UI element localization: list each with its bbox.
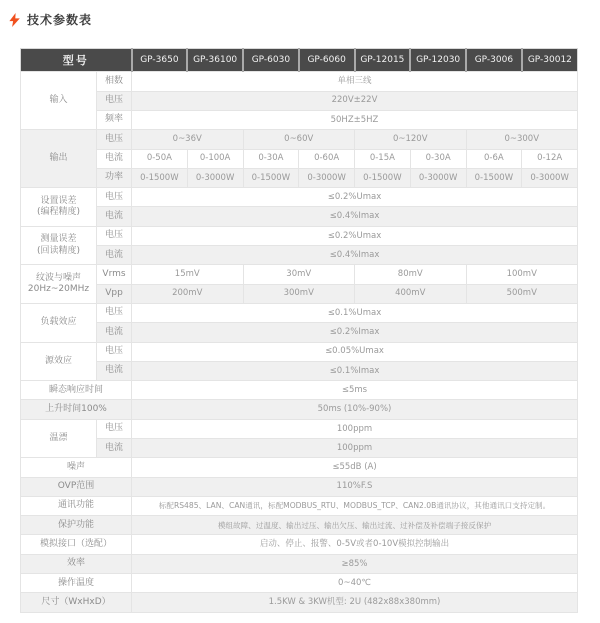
lightning-icon — [9, 13, 20, 27]
table-row: 电压220V±22V — [21, 91, 578, 110]
header-model: GP-6060 — [299, 49, 355, 72]
value-cell: ≤5ms — [132, 381, 578, 400]
group-label-cell: 源效应 — [21, 342, 97, 381]
table-row: 纹波与噪声 20Hz~20MHzVrms15mV30mV80mV100mV — [21, 265, 578, 284]
row-label-cell: 尺寸（WxHxD） — [21, 593, 132, 613]
sub-label-cell: 电流 — [97, 361, 132, 380]
table-row: 噪声≤55dB (A) — [21, 458, 578, 477]
value-cell: 100mV — [466, 265, 578, 284]
group-label-cell: 负载效应 — [21, 303, 97, 342]
value-cell: ≤0.2%Imax — [132, 323, 578, 342]
page-title: 技术参数表 — [27, 11, 92, 28]
value-cell: 0~36V — [132, 130, 244, 149]
value-cell: 50HZ±5HZ — [132, 110, 578, 129]
table-row: 操作温度0~40℃ — [21, 574, 578, 593]
value-cell: 220V±22V — [132, 91, 578, 110]
table-row: 电流≤0.1%Imax — [21, 361, 578, 380]
value-cell: ≤0.1%Umax — [132, 303, 578, 322]
table-row: 尺寸（WxHxD）1.5KW & 3KW机型: 2U (482x88x380mm… — [21, 593, 578, 613]
table-row: 上升时间100%50ms (10%-90%) — [21, 400, 578, 419]
table-row: 电流100ppm — [21, 439, 578, 458]
sub-label-cell: 电压 — [97, 419, 132, 438]
value-cell: ≤0.2%Umax — [132, 226, 578, 245]
header-model: GP-3650 — [132, 49, 188, 72]
table-row: 电流≤0.2%Imax — [21, 323, 578, 342]
value-cell: 0-3000W — [410, 168, 466, 187]
header-model: GP-6030 — [243, 49, 299, 72]
value-cell: 0-50A — [132, 149, 188, 168]
row-label-cell: 通讯功能 — [21, 496, 132, 515]
table-row: 通讯功能标配RS485、LAN、CAN通讯，标配MODBUS_RTU、MODBU… — [21, 496, 578, 515]
value-cell: 15mV — [132, 265, 244, 284]
value-cell: 0-1500W — [355, 168, 411, 187]
table-row: 电流≤0.4%Imax — [21, 246, 578, 265]
value-cell: 30mV — [243, 265, 355, 284]
table-row: Vpp200mV300mV400mV500mV — [21, 284, 578, 303]
group-label-cell: 纹波与噪声 20Hz~20MHz — [21, 265, 97, 304]
sub-label-cell: Vrms — [97, 265, 132, 284]
sub-label-cell: 频率 — [97, 110, 132, 129]
table-row: 负载效应电压≤0.1%Umax — [21, 303, 578, 322]
value-cell: ≤0.2%Umax — [132, 188, 578, 207]
value-cell: 标配RS485、LAN、CAN通讯，标配MODBUS_RTU、MODBUS_TC… — [132, 496, 578, 515]
value-cell: 0~120V — [355, 130, 467, 149]
sub-label-cell: 电流 — [97, 246, 132, 265]
table-row: 模拟接口（选配）启动、停止、报警、0-5V或者0-10V模拟控制输出 — [21, 535, 578, 554]
sub-label-cell: 电压 — [97, 303, 132, 322]
value-cell: 0~60V — [243, 130, 355, 149]
sub-label-cell: 电压 — [97, 226, 132, 245]
value-cell: 50ms (10%-90%) — [132, 400, 578, 419]
sub-label-cell: 电流 — [97, 207, 132, 226]
sub-label-cell: 相数 — [97, 72, 132, 91]
row-label-cell: 操作温度 — [21, 574, 132, 593]
group-label-cell: 温漂 — [21, 419, 97, 458]
value-cell: 0-30A — [243, 149, 299, 168]
table-row: 设置误差 (编程精度)电压≤0.2%Umax — [21, 188, 578, 207]
value-cell: 400mV — [355, 284, 467, 303]
value-cell: ≤0.4%Imax — [132, 207, 578, 226]
value-cell: 0-100A — [187, 149, 243, 168]
header-model: GP-12015 — [355, 49, 411, 72]
table-row: 保护功能模组故障、过温度、输出过压、输出欠压、输出过流、过补偿及补偿端子接反保护 — [21, 516, 578, 535]
value-cell: 0-3000W — [299, 168, 355, 187]
table-row: 瞬态响应时间≤5ms — [21, 381, 578, 400]
value-cell: 单相三线 — [132, 72, 578, 91]
value-cell: 模组故障、过温度、输出过压、输出欠压、输出过流、过补偿及补偿端子接反保护 — [132, 516, 578, 535]
value-cell: 200mV — [132, 284, 244, 303]
value-cell: 0-1500W — [466, 168, 522, 187]
row-label-cell: OVP范围 — [21, 477, 132, 496]
value-cell: ≤0.1%Imax — [132, 361, 578, 380]
value-cell: 0~40℃ — [132, 574, 578, 593]
spec-table-body: 型号GP-3650GP-36100GP-6030GP-6060GP-12015G… — [21, 49, 578, 613]
group-label-cell: 测量误差 (回读精度) — [21, 226, 97, 265]
value-cell: 0-60A — [299, 149, 355, 168]
sub-label-cell: 功率 — [97, 168, 132, 187]
header-row: 型号GP-3650GP-36100GP-6030GP-6060GP-12015G… — [21, 49, 578, 72]
value-cell: 100ppm — [132, 439, 578, 458]
value-cell: 0-1500W — [243, 168, 299, 187]
value-cell: 300mV — [243, 284, 355, 303]
value-cell: 0-15A — [355, 149, 411, 168]
value-cell: 0-1500W — [132, 168, 188, 187]
value-cell: ≥85% — [132, 554, 578, 573]
header-model: GP-30012 — [522, 49, 578, 72]
value-cell: ≤0.4%Imax — [132, 246, 578, 265]
page-header: 技术参数表 — [0, 0, 600, 28]
value-cell: 80mV — [355, 265, 467, 284]
table-row: 源效应电压≤0.05%Umax — [21, 342, 578, 361]
table-row: 测量误差 (回读精度)电压≤0.2%Umax — [21, 226, 578, 245]
sub-label-cell: 电压 — [97, 130, 132, 149]
row-label-cell: 效率 — [21, 554, 132, 573]
row-label-cell: 保护功能 — [21, 516, 132, 535]
value-cell: 0-3000W — [522, 168, 578, 187]
table-row: 功率0-1500W0-3000W0-1500W0-3000W0-1500W0-3… — [21, 168, 578, 187]
table-row: 电流0-50A0-100A0-30A0-60A0-15A0-30A0-6A0-1… — [21, 149, 578, 168]
row-label-cell: 瞬态响应时间 — [21, 381, 132, 400]
header-model-label: 型号 — [21, 49, 132, 72]
value-cell: 启动、停止、报警、0-5V或者0-10V模拟控制输出 — [132, 535, 578, 554]
value-cell: 0~300V — [466, 130, 578, 149]
header-model: GP-12030 — [410, 49, 466, 72]
spec-table: 型号GP-3650GP-36100GP-6030GP-6060GP-12015G… — [20, 48, 578, 613]
header-model: GP-3006 — [466, 49, 522, 72]
row-label-cell: 噪声 — [21, 458, 132, 477]
value-cell: ≤0.05%Umax — [132, 342, 578, 361]
sub-label-cell: 电流 — [97, 439, 132, 458]
value-cell: 1.5KW & 3KW机型: 2U (482x88x380mm) — [132, 593, 578, 613]
sub-label-cell: Vpp — [97, 284, 132, 303]
value-cell: 0-12A — [522, 149, 578, 168]
sub-label-cell: 电压 — [97, 91, 132, 110]
table-row: OVP范围110%F.S — [21, 477, 578, 496]
row-label-cell: 上升时间100% — [21, 400, 132, 419]
group-label-cell: 输出 — [21, 130, 97, 188]
group-label-cell: 输入 — [21, 72, 97, 130]
table-row: 效率≥85% — [21, 554, 578, 573]
sub-label-cell: 电压 — [97, 342, 132, 361]
value-cell: ≤55dB (A) — [132, 458, 578, 477]
sub-label-cell: 电流 — [97, 149, 132, 168]
value-cell: 110%F.S — [132, 477, 578, 496]
sub-label-cell: 电压 — [97, 188, 132, 207]
group-label-cell: 设置误差 (编程精度) — [21, 188, 97, 227]
table-row: 电流≤0.4%Imax — [21, 207, 578, 226]
value-cell: 0-30A — [410, 149, 466, 168]
table-row: 频率50HZ±5HZ — [21, 110, 578, 129]
table-row: 输入相数单相三线 — [21, 72, 578, 91]
table-row: 输出电压0~36V0~60V0~120V0~300V — [21, 130, 578, 149]
sub-label-cell: 电流 — [97, 323, 132, 342]
value-cell: 0-3000W — [187, 168, 243, 187]
header-model: GP-36100 — [187, 49, 243, 72]
row-label-cell: 模拟接口（选配） — [21, 535, 132, 554]
value-cell: 0-6A — [466, 149, 522, 168]
value-cell: 500mV — [466, 284, 578, 303]
table-row: 温漂电压100ppm — [21, 419, 578, 438]
value-cell: 100ppm — [132, 419, 578, 438]
